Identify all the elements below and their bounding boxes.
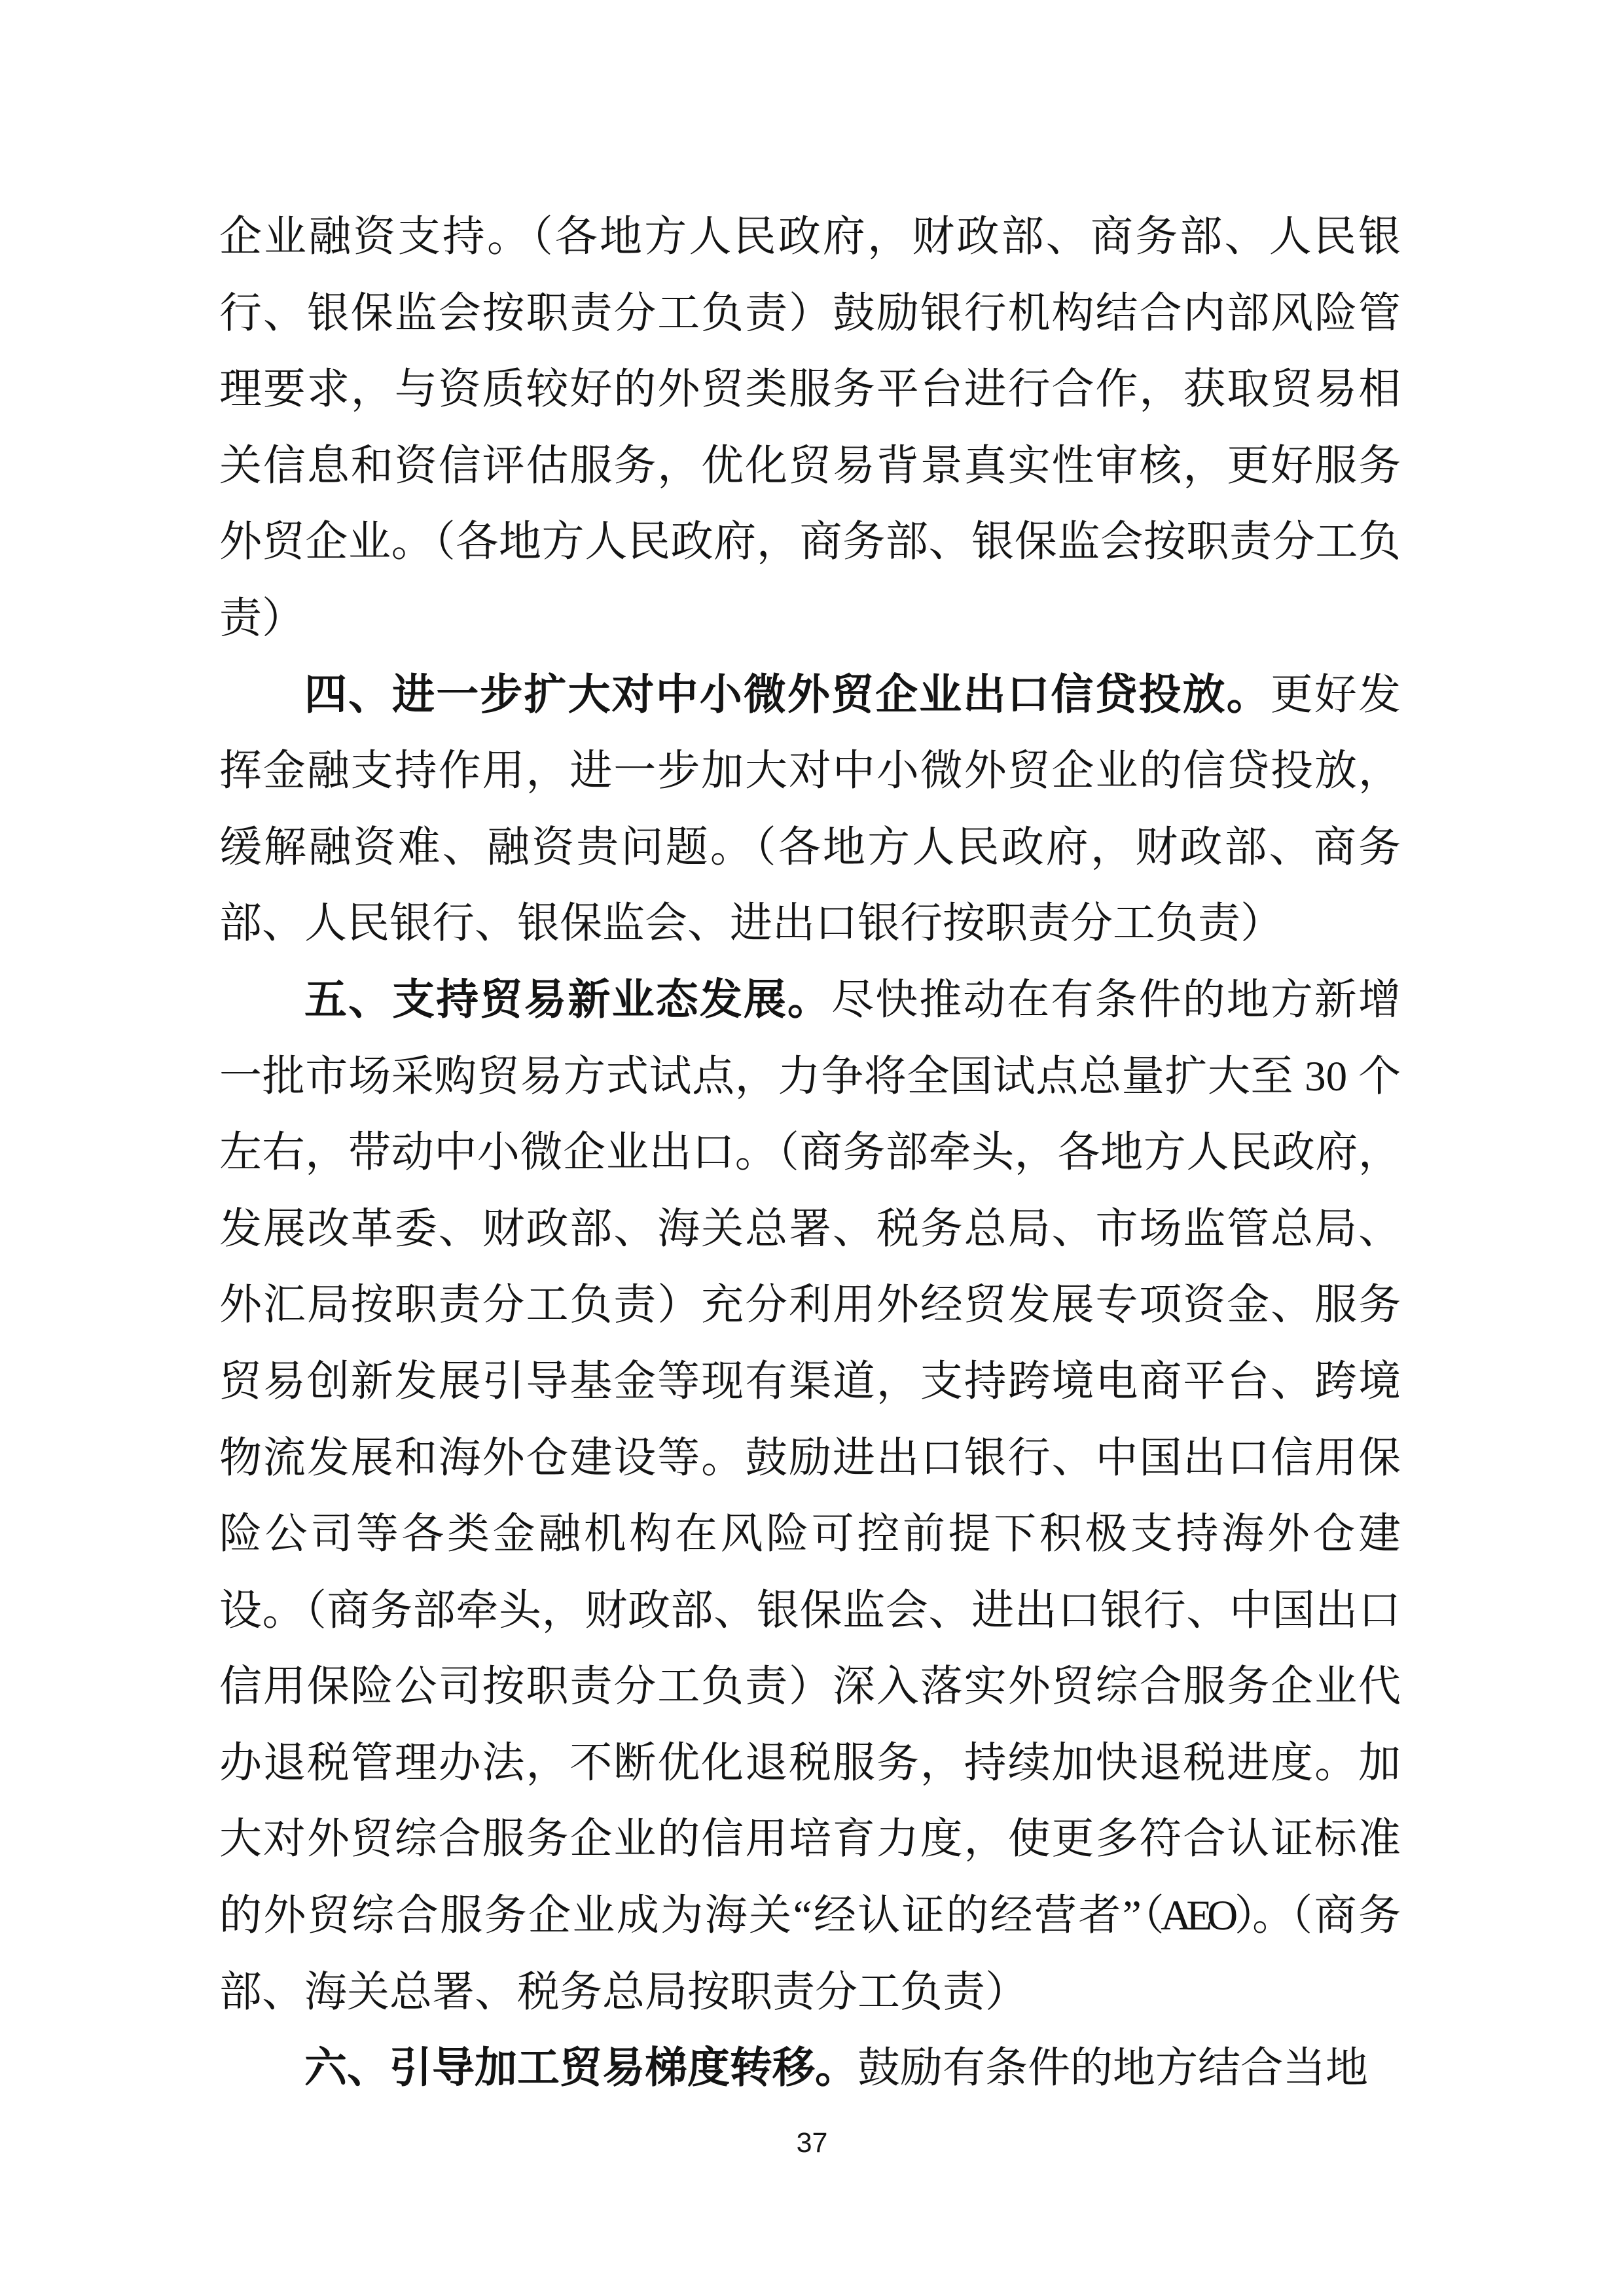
paragraph: 企业融资支持。（各地方人民政府，财政部、商务部、人民银行、银保监会按职责分工负责…: [219, 199, 1401, 657]
section-heading: 六、引导加工贸易梯度转移。: [304, 2045, 857, 2092]
paragraph: 六、引导加工贸易梯度转移。鼓励有条件的地方结合当地: [219, 2030, 1401, 2107]
body-run: 尽快推动在有条件的地方新增一批市场采购贸易方式试点，力争将全国试点总量扩大至 3…: [219, 977, 1401, 1939]
body-run: 鼓励有条件的地方结合当地: [857, 2045, 1368, 2092]
body-text: 企业融资支持。（各地方人民政府，财政部、商务部、人民银行、银保监会按职责分工负责…: [219, 199, 1401, 2107]
page-number: 37: [0, 2127, 1624, 2159]
body-run: 企业融资支持。（各地方人民政府，财政部、商务部、人民银行、银保监会按职责分工负责…: [219, 213, 1401, 642]
body-run: （AEO）。: [1142, 1892, 1291, 1939]
section-heading: 四、进一步扩大对中小微外贸企业出口信贷投放。: [304, 672, 1271, 719]
paragraph: 五、支持贸易新业态发展。尽快推动在有条件的地方新增一批市场采购贸易方式试点，力争…: [219, 962, 1401, 2030]
paragraph: 四、进一步扩大对中小微外贸企业出口信贷投放。更好发挥金融支持作用，进一步加大对中…: [219, 657, 1401, 962]
section-heading: 五、支持贸易新业态发展。: [304, 977, 831, 1024]
document-page: 企业融资支持。（各地方人民政府，财政部、商务部、人民银行、银保监会按职责分工负责…: [0, 0, 1624, 2296]
